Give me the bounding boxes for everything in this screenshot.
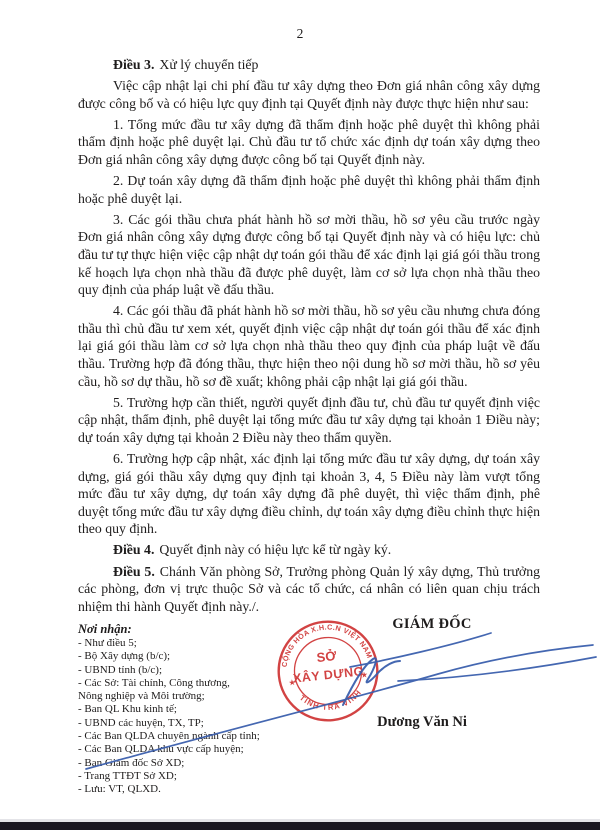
article-3-item-6: 6. Trường hợp cập nhật, xác định lại tổn… [78, 450, 540, 538]
stamp-center-line1: SỞ [316, 648, 338, 665]
article-3-item-5: 5. Trường hợp cần thiết, người quyết địn… [78, 394, 540, 447]
article-5-paragraph: Điều 5.Chánh Văn phòng Sở, Trưởng phòng … [78, 563, 540, 616]
article-3-title: Xử lý chuyển tiếp [159, 57, 258, 72]
article-5-label: Điều 5. [113, 564, 155, 579]
article-3-item-1: 1. Tổng mức đầu tư xây dựng đã thẩm định… [78, 116, 540, 169]
article-4-text: Quyết định này có hiệu lực kể từ ngày ký… [159, 542, 391, 557]
article-4-paragraph: Điều 4.Quyết định này có hiệu lực kể từ … [78, 541, 540, 559]
recipient-item: - Các Ban QLDA khu vực cấp huyện; [78, 743, 318, 756]
recipient-item: - Lưu: VT, QLXD. [78, 783, 318, 796]
article-3-heading: Điều 3.Xử lý chuyển tiếp [78, 56, 540, 74]
recipient-item: - Các Ban QLDA chuyên ngành cấp tỉnh; [78, 730, 318, 743]
page-number: 2 [0, 26, 600, 42]
article-3-item-3: 3. Các gói thầu chưa phát hành hồ sơ mời… [78, 211, 540, 299]
scan-edge-bar [0, 822, 600, 830]
official-stamp-icon: CỘNG HÒA X.H.C.N VIỆT NAM TỈNH TRÀ VINH … [271, 614, 385, 728]
recipient-item: - Ban Giám đốc Sở XD; [78, 757, 318, 770]
stamp-center-line2: XÂY DỰNG [292, 663, 364, 685]
article-3-label: Điều 3. [113, 57, 154, 72]
article-3-intro: Việc cập nhật lại chi phí đầu tư xây dựn… [78, 77, 540, 112]
article-3-item-4: 4. Các gói thầu đã phát hành hồ sơ mời t… [78, 302, 540, 390]
article-3-item-2: 2. Dự toán xây dựng đã thẩm định hoặc ph… [78, 172, 540, 207]
document-page: 2 Điều 3.Xử lý chuyển tiếp Việc cập nhật… [0, 0, 600, 830]
article-4-label: Điều 4. [113, 542, 154, 557]
recipient-item: - Trang TTĐT Sở XD; [78, 770, 318, 783]
document-body: Điều 3.Xử lý chuyển tiếp Việc cập nhật l… [78, 56, 540, 615]
